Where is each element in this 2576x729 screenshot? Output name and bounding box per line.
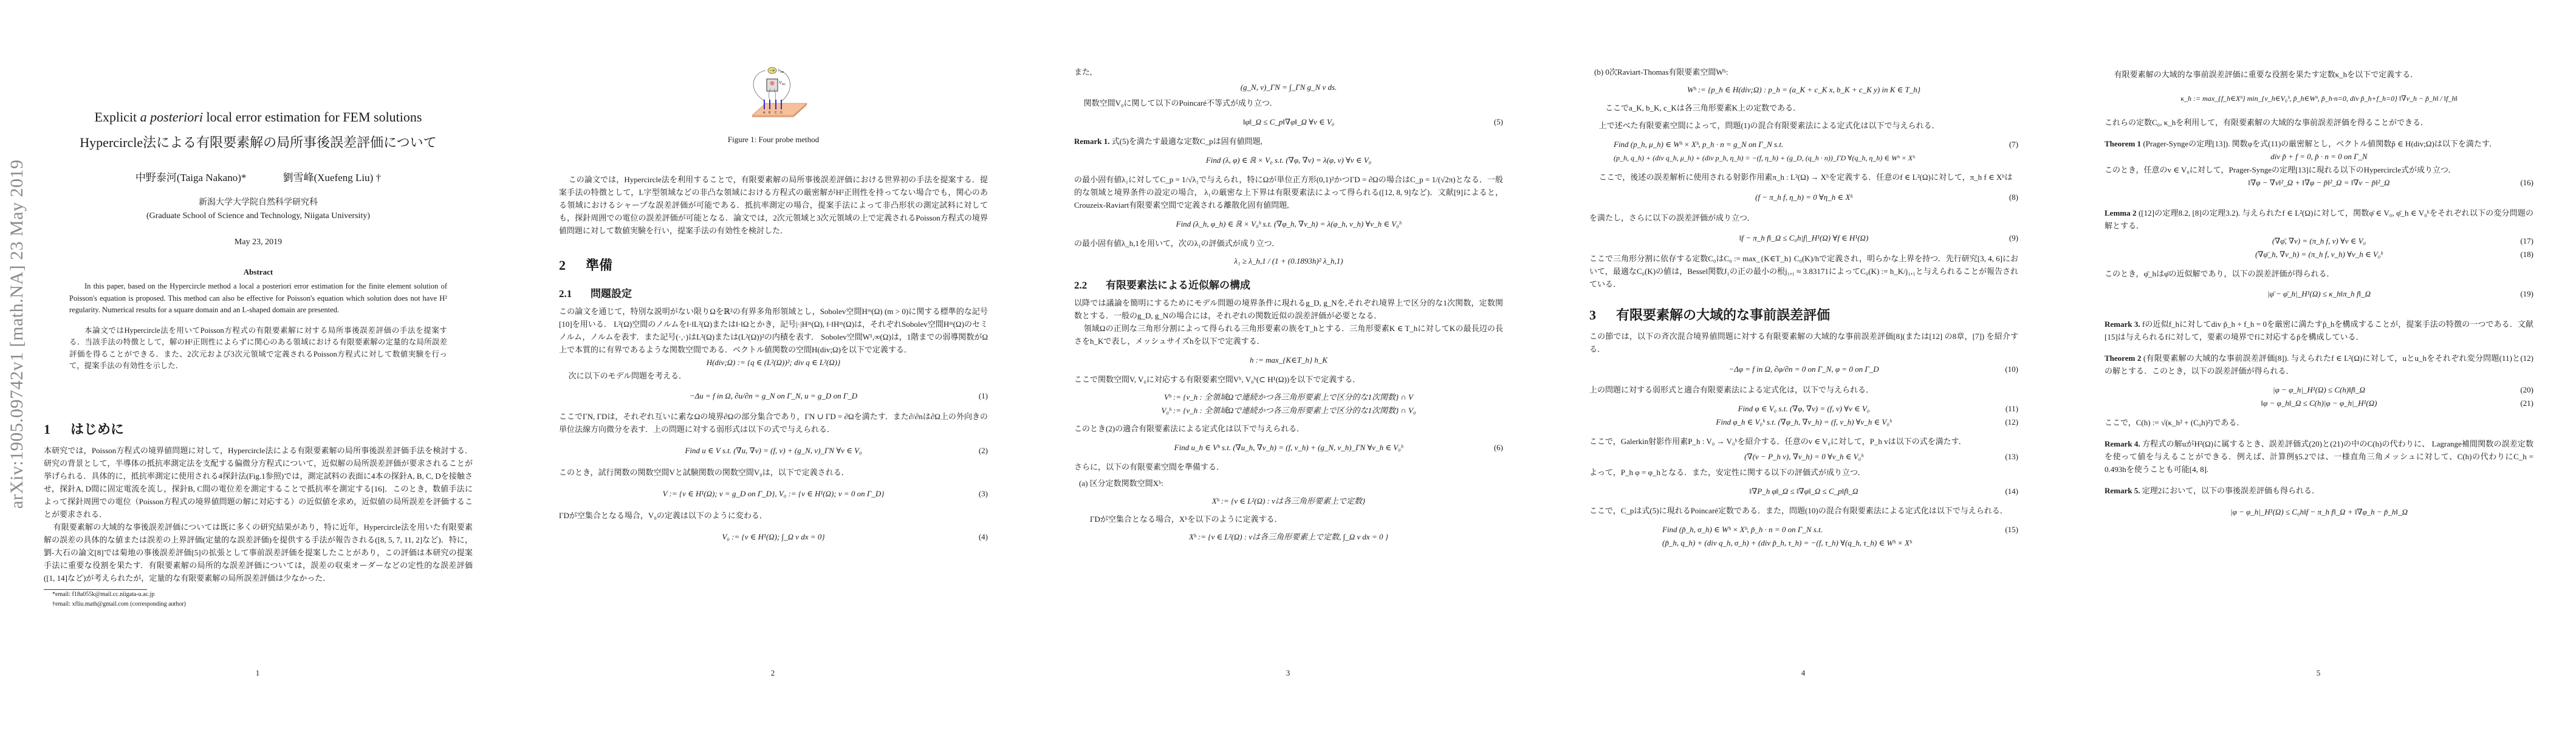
paragraph: 領域Ωの正則な三角形分割によって得られる三角形要素の族をT_hとする．三角形要素… bbox=[1074, 322, 1503, 347]
four-probe-figure: I AD V BC A B C D bbox=[734, 66, 813, 126]
theorem-1: Theorem 1 (Prager-Syngeの定理[13]). 関数φを式(1… bbox=[2105, 137, 2533, 150]
equation-7-body: (p_h, q_h) + (div q_h, μ_h) + (div p_h, … bbox=[1589, 151, 2018, 165]
equation-1: −Δu = f in Ω, ∂u/∂n = g_N on Γ_N, u = g_… bbox=[559, 389, 988, 403]
paragraph: ΓDが空集合となる場合，V₀の定義は以下のように変わる． bbox=[559, 509, 988, 522]
equation-gn: (g_N, v)_ΓN = ∫_ΓN g_N v ds. bbox=[1074, 81, 1503, 94]
page-number: 5 bbox=[2061, 668, 2576, 678]
equation-19: |φ̄ − φ̄_h|_H¹(Ω) ≤ κ_h‖π_h f‖_Ω(19) bbox=[2105, 287, 2533, 301]
equation-13: (∇(v − P_h v), ∇v_h) = 0 ∀v_h ∈ V₀ʰ(13) bbox=[1589, 450, 2018, 464]
paragraph: さらに，以下の有限要素空間を準備する． bbox=[1074, 460, 1503, 473]
equation-meshsize: h := max_{K∈T_h} h_K bbox=[1074, 354, 1503, 367]
section-heading-3: 3有限要素解の大域的な事前誤差評価 bbox=[1589, 305, 2018, 324]
intro-paragraph-2: 有限要素解の大域的な事後誤差評価については既に多くの研究結果があり，特に近年，H… bbox=[44, 521, 473, 584]
svg-text:C: C bbox=[775, 111, 777, 115]
remark-3: Remark 3. fの近似f_hに対してdiv p̃_h + f_h = 0を… bbox=[2105, 318, 2533, 343]
paragraph: また, bbox=[1074, 66, 1503, 78]
arxiv-stamp: arXiv:1905.09742v1 [math.NA] 23 May 2019 bbox=[5, 91, 29, 577]
paragraph: 上で述べた有限要素空間によって，問題(1)の混合有限要素法による定式化は以下で与… bbox=[1589, 119, 2018, 132]
equation-thm1: div p̃ + f = 0, p̃ · n = 0 on Γ_N bbox=[2105, 150, 2533, 163]
theorem-2: Theorem 2 (有限要素解の大域的な事前誤差評価[8]). 与えられたf … bbox=[2105, 352, 2533, 377]
svg-text:AD: AD bbox=[780, 70, 784, 74]
page-number: 2 bbox=[515, 668, 1030, 678]
paragraph: ここで，Galerkin射影作用素P_h : V₀ → V₀ʰを紹介する．任意の… bbox=[1589, 435, 2018, 448]
abstract-jp: 本論文ではHypercircle法を用いてPoisson方程式の有限要素解に対す… bbox=[44, 325, 473, 372]
equation-12: Find φ_h ∈ V₀ʰ s.t. (∇φ_h, ∇v_h) = (f, v… bbox=[1589, 416, 2018, 429]
paragraph: ここでΓN, ΓDは，それぞれ互いに素なΩの境界∂Ωの部分集合であり，ΓN ∪ … bbox=[559, 410, 988, 436]
paragraph: 上の問題に対する弱形式と適合有限要素法による定式化は，以下で与えられる． bbox=[1589, 383, 2018, 396]
paragraph: を満たし，さらに以下の誤差評価が成り立つ． bbox=[1589, 211, 2018, 224]
list-item-a: (a) 区分定数関数空間Xʰ: bbox=[1074, 477, 1503, 490]
author-2: 劉雪峰(Xuefeng Liu) † bbox=[283, 172, 381, 183]
lemma-2: Lemma 2 ([12]の定理8.2, [8]の定理3.2). 与えられたf … bbox=[2105, 207, 2533, 232]
paragraph: このとき，試行関数の関数空間Vと試験関数の関数空間V₀は，以下で定義される． bbox=[559, 466, 988, 479]
author-list: 中野泰河(Taiga Nakano)* 劉雪峰(Xuefeng Liu) † bbox=[44, 169, 473, 184]
paragraph: このとき，任意のv ∈ V₀に対して，Prager-Syngeの定理[13]に現… bbox=[2105, 163, 2533, 176]
equation-15-body: (p̃_h, q_h) + (div q_h, σ_h) + (div p̃_h… bbox=[1589, 536, 2018, 550]
page-1: arXiv:1905.09742v1 [math.NA] 23 May 2019… bbox=[0, 0, 515, 729]
section-heading-1: 1はじめに bbox=[44, 419, 473, 438]
abstract-heading: Abstract bbox=[44, 267, 473, 277]
equation-10: −Δφ = f in Ω, ∂φ/∂n = 0 on Γ_N, φ = 0 on… bbox=[1589, 363, 2018, 376]
equation-14: ‖∇P_h φ‖_Ω ≤ ‖∇φ‖_Ω ≤ C_p‖f‖_Ω(14) bbox=[1589, 485, 2018, 498]
page-4: (b) 0次Raviart-Thomas有限要素空間Wʰ: Wʰ := {p_h… bbox=[1546, 0, 2061, 729]
paragraph: 関数空間V₀に関して以下のPoincaré不等式が成り立つ． bbox=[1074, 97, 1503, 109]
equation-17: (∇φ̄, ∇v) = (π_h f, v) ∀v ∈ V₀(17) bbox=[2105, 234, 2533, 248]
subsection-heading-2-2: 2.2有限要素法による近似解の構成 bbox=[1074, 276, 1503, 292]
page-5: 有限要素解の大域的な事前誤差評価に重要な役割を果たす定数κ_hを以下で定義する．… bbox=[2061, 0, 2576, 729]
equation-lambda-bound: λ₁ ≥ λ_h,1 / (1 + (0.1893h)² λ_h,1) bbox=[1074, 255, 1503, 268]
page-number: 3 bbox=[1030, 668, 1546, 678]
paragraph: この論文を通じて，特別な説明がない限りΩをℝ²の有界多角形領域とし，Sobole… bbox=[559, 305, 988, 356]
page-2: I AD V BC A B C D Figure 1: Four probe m… bbox=[515, 0, 1030, 729]
svg-text:D: D bbox=[780, 111, 783, 115]
equation-16: ‖∇φ − ∇v‖²_Ω + ‖∇φ − p̃‖²_Ω = ‖∇v − p̃‖²… bbox=[2105, 176, 2533, 190]
equation-7: Find (p_h, μ_h) ∈ Wʰ × Xʰ, p_h · n = g_N… bbox=[1589, 138, 2018, 151]
paragraph: 有限要素解の大域的な事前誤差評価に重要な役割を果たす定数κ_hを以下で定義する． bbox=[2105, 68, 2533, 81]
footnote-2: †email: xfliu.math@gmail.com (correspond… bbox=[44, 600, 473, 609]
paper-date: May 23, 2019 bbox=[44, 238, 473, 247]
equation-kappa: κ_h := max_{f_h∈Xʰ} min_{v_h∈V₀ʰ, p̃_h∈W… bbox=[2105, 92, 2533, 105]
paragraph: ΓDが空集合となる場合，Xʰを以下のように定義する． bbox=[1074, 513, 1503, 525]
list-item-b: (b) 0次Raviart-Thomas有限要素空間Wʰ: bbox=[1589, 66, 2018, 78]
paragraph: このとき(2)の適合有限要素法による定式化は以下で与えられる． bbox=[1074, 422, 1503, 435]
equation-xh-mean-zero: Xʰ := {v ∈ L²(Ω) : vは各三角形要素上で定数, ∫_Ω v d… bbox=[1074, 530, 1503, 544]
equation-18: (∇φ̄_h, ∇v_h) = (π_h f, v_h) ∀v_h ∈ V₀ʰ(… bbox=[2105, 248, 2533, 261]
equation-15: Find (p̃_h, σ_h) ∈ Wʰ × Xʰ, p̃_h · n = 0… bbox=[1589, 523, 2018, 536]
paragraph: この論文では，Hypercircle法を利用することで，有限要素解の局所事後誤差… bbox=[559, 173, 988, 237]
remark-4: Remark 4. 方程式の解uがH²(Ω)に属するとき、誤差評価式(20)と(… bbox=[2105, 437, 2533, 476]
affiliation: 新潟大学大学院自然科学研究科 (Graduate School of Scien… bbox=[44, 196, 473, 223]
page-number: 1 bbox=[0, 668, 515, 678]
footnote-1: *email: f18a055k@mail.cc.niigata-u.ac.jp bbox=[44, 590, 473, 600]
equation-8: (f − π_h f, η_h) = 0 ∀η_h ∈ Xʰ(8) bbox=[1589, 191, 2018, 204]
equation-4: V₀ := {v ∈ H¹(Ω); ∫_Ω v dx = 0}(4) bbox=[559, 530, 988, 544]
equation-v0h: V₀ʰ := {v_h : 全領域Ωで連続かつ各三角形要素上で区分的な1次関数}… bbox=[1074, 404, 1503, 417]
equation-11: Find φ ∈ V₀ s.t. (∇φ, ∇v) = (f, v) ∀v ∈ … bbox=[1589, 402, 2018, 416]
paragraph: ここで，C(h) := √(κ_h² + (C₀h)²)である． bbox=[2105, 416, 2533, 429]
paragraph: 以降では議論を簡明にするためにモデル問題の境界条件に現れるg_D, g_Nを,そ… bbox=[1074, 296, 1503, 322]
paper-title: Explicit a posteriori local error estima… bbox=[44, 104, 473, 156]
paragraph: 次に以下のモデル問題を考える． bbox=[559, 369, 988, 382]
paragraph: ここでa_K, b_K, c_Kは各三角形要素K上の定数である． bbox=[1589, 101, 2018, 114]
section-heading-2: 2準備 bbox=[559, 255, 988, 274]
equation-xh: Xʰ := {v ∈ L²(Ω) : vは各三角形要素上で定数} bbox=[1074, 495, 1503, 508]
subsection-heading-2-1: 2.1問題設定 bbox=[559, 285, 988, 300]
abstract-en: In this paper, based on the Hypercircle … bbox=[44, 281, 473, 317]
figure-caption: Figure 1: Four probe method bbox=[559, 135, 988, 145]
equation-6: Find u_h ∈ Vʰ s.t. (∇u_h, ∇v_h) = (f, v_… bbox=[1074, 441, 1503, 454]
equation-eigen-discrete: Find (λ_h, φ_h) ∈ ℝ × V₀ʰ s.t. (∇φ_h, ∇v… bbox=[1074, 217, 1503, 231]
svg-text:BC: BC bbox=[782, 83, 786, 86]
paragraph: の最小固有値λ₁に対してC_p = 1/√λ₁で与えられ，特にΩが単位正方形(0… bbox=[1074, 173, 1503, 211]
page-3: また, (g_N, v)_ΓN = ∫_ΓN g_N v ds. 関数空間V₀に… bbox=[1030, 0, 1546, 729]
svg-text:I: I bbox=[778, 69, 779, 73]
intro-paragraph-1: 本研究では，Poisson方程式の境界値問題に対して，Hypercircle法に… bbox=[44, 444, 473, 521]
equation-5: ‖φ‖_Ω ≤ C_p‖∇φ‖_Ω ∀v ∈ V₀(5) bbox=[1074, 115, 1503, 129]
paragraph: ここで，C_pは式(5)に現れるPoincaré定数である．また，問題(10)の… bbox=[1589, 504, 2018, 517]
paragraph: ここで関数空間V, V₀に対応する有限要素空間Vʰ, V₀ʰ(⊂ H¹(Ω))を… bbox=[1074, 373, 1503, 386]
paragraph: この節では，以下の斉次混合境界値問題に対する有限要素解の大域的な事前誤差評価[8… bbox=[1589, 330, 2018, 355]
equation-posteriori: |φ − φ_h|_H¹(Ω) ≤ C₀h‖f − π_h f‖_Ω + ‖∇φ… bbox=[2105, 505, 2533, 519]
equation-20: |φ − φ_h|_H¹(Ω) ≤ C(h)‖f‖_Ω(20) bbox=[2105, 383, 2533, 397]
author-1: 中野泰河(Taiga Nakano)* bbox=[135, 172, 246, 183]
equation-3: V := {v ∈ H¹(Ω); v = g_D on Γ_D}, V₀ := … bbox=[559, 487, 988, 501]
equation-hdiv: H(div;Ω) := {q ∈ (L²(Ω))²; div q ∈ L²(Ω)… bbox=[559, 356, 988, 369]
remark-5: Remark 5. 定理2において，以下の事後誤差評価も得られる． bbox=[2105, 484, 2533, 497]
paragraph: の最小固有値λ_h,1を用いて，次のλ₁の評価式が成り立つ． bbox=[1074, 237, 1503, 250]
equation-eigen: Find (λ, φ) ∈ ℝ × V₀ s.t. (∇φ, ∇v) = λ(φ… bbox=[1074, 154, 1503, 167]
equation-9: ‖f − π_h f‖_Ω ≤ C₀h|f|_H¹(Ω) ∀f ∈ H¹(Ω)(… bbox=[1589, 231, 2018, 245]
page-number: 4 bbox=[1546, 668, 2061, 678]
equation-wh: Wʰ := {p_h ∈ H(div;Ω) : p_h = (a_K + c_K… bbox=[1589, 83, 2018, 97]
paragraph: このとき，φ̄_hはφ̄の近似解であり，以下の誤差評価が得られる． bbox=[2105, 267, 2533, 280]
remark-1: Remark 1. 式(5)を満たす最適な定数C_pは固有値問題, bbox=[1074, 135, 1503, 148]
paragraph: よって，P_h φ = φ_hとなる．また，安定性に関する以下の評価式が成り立つ… bbox=[1589, 466, 2018, 479]
paragraph: これらの定数C₀, κ_hを利用して，有限要素解の大域的な事前誤差評価を得ること… bbox=[2105, 116, 2533, 129]
paragraph: ここで，後述の誤差解析に使用される射影作用素π_h : L²(Ω) → Xʰを定… bbox=[1589, 171, 2018, 183]
equation-vh: Vʰ := {v_h : 全領域Ωで連続かつ各三角形要素上で区分的な1次関数} … bbox=[1074, 391, 1503, 404]
equation-2: Find u ∈ V s.t. (∇u, ∇v) = (f, v) + (g_N… bbox=[559, 444, 988, 457]
equation-21: ‖φ − φ_h‖_Ω ≤ C(h)|φ − φ_h|_H¹(Ω)(21) bbox=[2105, 397, 2533, 410]
paragraph: ここで三角形分割に依存する定数C₀はC₀ := max_{K∈T_h} C₀(K… bbox=[1589, 252, 2018, 290]
